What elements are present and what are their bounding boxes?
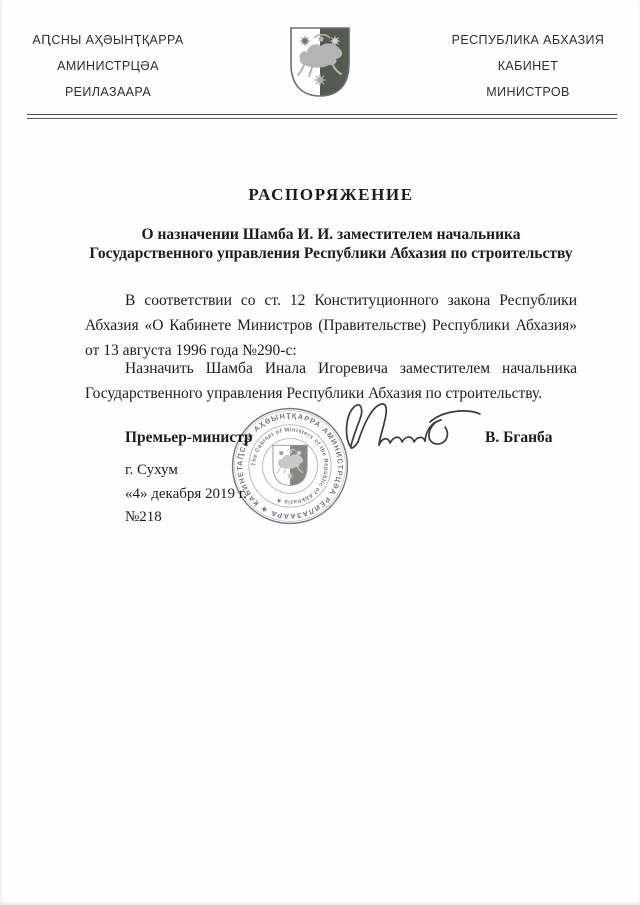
requisite-number: №218	[125, 509, 162, 526]
letterhead-divider	[27, 114, 617, 119]
document-title: РАСПОРЯЖЕНИЕ	[85, 185, 577, 205]
stamp-center-emblem-icon	[273, 445, 307, 485]
document-page: АԤСНЫ АҲӘЫНҬҚАРРА АМИНИСТРЦӘА РЕИЛАЗААРА…	[0, 0, 640, 905]
requisite-city: г. Сухум	[125, 462, 178, 479]
coat-of-arms-icon	[288, 25, 352, 99]
document-subject: О назначении Шамба И. И. заместителем на…	[75, 225, 587, 263]
letterhead-right-line-2: КАБИНЕТ	[428, 53, 628, 79]
letterhead-left-line-1: АԤСНЫ АҲӘЫНҬҚАРРА	[8, 27, 208, 53]
subject-line-1: О назначении Шамба И. И. заместителем на…	[142, 226, 521, 243]
signatory-name: В. Бганба	[485, 429, 553, 447]
body-paragraph-1: В соответствии со ст. 12 Конституционног…	[85, 288, 577, 363]
letterhead-right-line-3: МИНИСТРОВ	[428, 79, 628, 105]
body-paragraph-2: Назначить Шамба Инала Игоревича заместит…	[85, 356, 577, 406]
letterhead-left-line-2: АМИНИСТРЦӘА	[8, 53, 208, 79]
letterhead-left: АԤСНЫ АҲӘЫНҬҚАРРА АМИНИСТРЦӘА РЕИЛАЗААРА	[8, 27, 208, 105]
letterhead-right: РЕСПУБЛИКА АБХАЗИЯ КАБИНЕТ МИНИСТРОВ	[428, 27, 628, 105]
letterhead-left-line-3: РЕИЛАЗААРА	[8, 79, 208, 105]
official-seal-stamp-icon: АԤСНЫ АҲӘЫНҬҚАРРА АМИНИСТРЦӘА РЕИЛАЗААРА…	[229, 405, 351, 527]
handwritten-signature-icon	[340, 399, 490, 457]
subject-line-2: Государственного управления Республики А…	[89, 245, 572, 262]
letterhead-right-line-1: РЕСПУБЛИКА АБХАЗИЯ	[428, 27, 628, 53]
